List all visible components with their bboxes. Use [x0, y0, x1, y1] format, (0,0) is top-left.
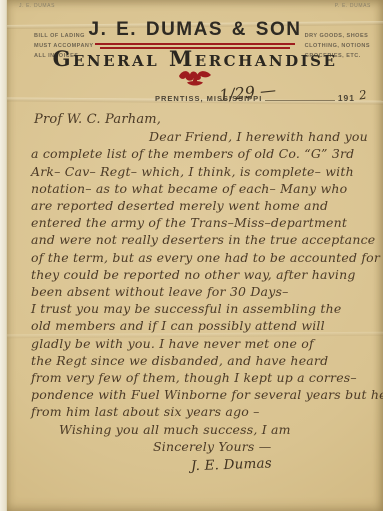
letter-line: gladly be with you. I have never met one… [31, 335, 375, 352]
letter-line: old members and if I can possibly attend… [31, 317, 375, 334]
letter-line: entered the army of the Trans–Miss–depar… [31, 214, 375, 231]
handwritten-year-digit: 2 [358, 88, 368, 103]
partner-name-left: J. E. Dumas [19, 3, 55, 9]
red-rule-top [95, 43, 295, 45]
scanned-letter: J. E. Dumas P. E. Dumas Bill of LadingMu… [0, 0, 383, 511]
floral-ornament-icon [176, 68, 214, 88]
letter-line: a complete list of the members of old Co… [31, 145, 375, 162]
body-lines: a complete list of the members of old Co… [31, 145, 375, 420]
letter-line: are reported deserted merely went home a… [31, 197, 375, 214]
letter-paper: J. E. Dumas P. E. Dumas Bill of LadingMu… [7, 0, 383, 511]
company-name: J. E. DUMAS & SON [7, 19, 383, 41]
letter-body: Prof W. C. Parham, Dear Friend, I herewi… [31, 111, 375, 472]
partner-name-right: P. E. Dumas [335, 3, 371, 9]
signature: J. E. Dumas [191, 452, 375, 476]
year-printed: 191 [338, 93, 355, 103]
salutation: Prof W. C. Parham, [34, 111, 375, 128]
opening-line: Dear Friend, I herewith hand you [149, 128, 375, 145]
letter-line: they could be reported no other way, aft… [31, 266, 375, 283]
letter-line: of the term, but as every one had to be … [31, 249, 375, 266]
letter-line: notation– as to what became of each– Man… [31, 180, 375, 197]
letter-line: and were not really deserters in the tru… [31, 231, 375, 248]
wishing-line: Wishing you all much success, I am [59, 421, 375, 438]
letter-line: from him last about six years ago – [31, 403, 375, 420]
letter-line: I trust you may be successful in assembl… [31, 300, 375, 317]
letter-line: pondence with Fuel Winborne for several … [31, 386, 375, 403]
letter-line: the Regt since we disbanded, and have he… [31, 352, 375, 369]
letter-line: Ark– Cav– Regt– which, I think, is compl… [31, 163, 375, 180]
date-rule [265, 100, 335, 101]
letter-line: from very few of them, though I kept up … [31, 369, 375, 386]
letter-line: been absent without leave for 30 Days– [31, 283, 375, 300]
